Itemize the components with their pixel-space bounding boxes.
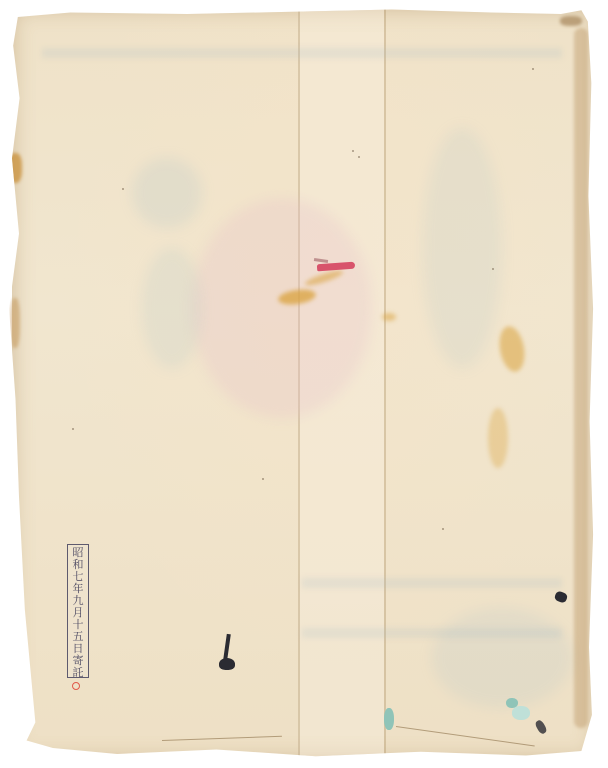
ink-blot xyxy=(223,634,231,660)
fleck xyxy=(122,188,124,190)
stamp-char: 託 xyxy=(73,667,84,679)
stain xyxy=(496,324,528,373)
paper-crack xyxy=(396,726,535,746)
red-seal-circle-icon xyxy=(72,682,80,690)
archive-deposit-stamp: 昭 和 七 年 九 月 十 五 日 寄 託 xyxy=(67,544,89,678)
show-through-blue-glyph xyxy=(422,128,502,368)
paper-sheet xyxy=(12,8,596,760)
stain xyxy=(382,313,396,321)
show-through-line xyxy=(302,578,562,588)
show-through-blue-glyph xyxy=(142,248,202,368)
show-through-blue-glyph xyxy=(132,158,202,228)
fleck xyxy=(532,68,534,70)
fleck xyxy=(262,478,264,480)
document-photo: 昭 和 七 年 九 月 十 五 日 寄 託 xyxy=(0,0,608,768)
show-through-line xyxy=(42,48,562,58)
paper-hole xyxy=(512,706,530,720)
stain xyxy=(488,408,508,468)
show-through-blue-glyph xyxy=(432,608,572,708)
paper-crack xyxy=(162,736,282,741)
fleck xyxy=(442,528,444,530)
fleck xyxy=(492,268,494,270)
right-edge-discoloration xyxy=(574,28,588,728)
ink-blot xyxy=(554,590,569,604)
fleck xyxy=(352,150,354,152)
corner-curl xyxy=(560,16,582,26)
fleck xyxy=(72,428,74,430)
ink-blot xyxy=(534,719,548,735)
paper-seam-right xyxy=(384,8,386,760)
paper-hole xyxy=(384,708,394,730)
fleck xyxy=(358,156,360,158)
show-through-pink-circle xyxy=(192,198,372,418)
edge-stain xyxy=(10,298,20,348)
edge-stain xyxy=(8,153,22,183)
